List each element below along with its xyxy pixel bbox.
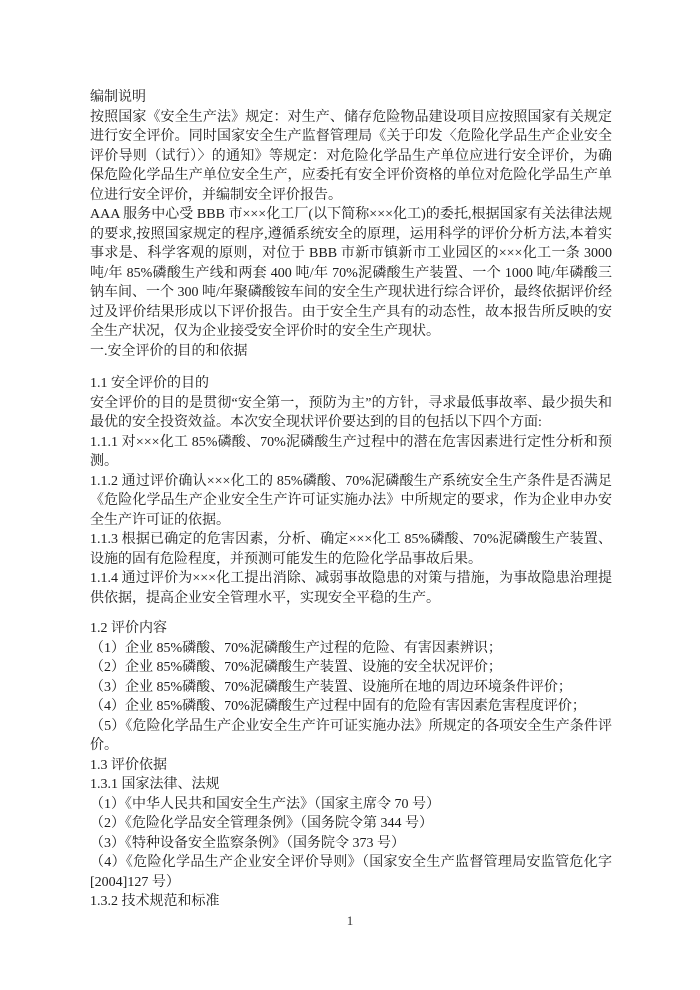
intro-paragraph-1: 按照国家《安全生产法》规定：对生产、储存危险物品建设项目应按照国家有关规定进行安… — [90, 108, 612, 206]
list-item: （4）《危险化学品生产企业安全评价导则》（国家安全生产监督管理局安监管危化字[2… — [90, 853, 612, 892]
document-page: 编制说明 按照国家《安全生产法》规定：对生产、储存危险物品建设项目应按照国家有关… — [0, 0, 700, 990]
section-1-3-2-title: 1.3.2 技术规范和标准 — [90, 892, 612, 912]
list-item: （3）企业 85%磷酸、70%泥磷酸生产装置、设施所在地的周边环境条件评价； — [90, 678, 612, 698]
list-item: （4）企业 85%磷酸、70%泥磷酸生产过程中固有的危险有害因素危害程度评价； — [90, 697, 612, 717]
section-1-1-1-item: 1.1.1 对×××化工 85%磷酸、70%泥磷酸生产过程中的潜在危害因素进行定… — [90, 433, 612, 472]
list-item: （3）《特种设备安全监察条例》（国务院令 373 号） — [90, 834, 612, 854]
list-item: （5）《危险化学品生产企业安全生产许可证实施办法》所规定的各项安全生产条件评价。 — [90, 717, 612, 756]
list-item: （1）企业 85%磷酸、70%泥磷酸生产过程的危险、有害因素辨识； — [90, 639, 612, 659]
section-1-1-block: 1.1 安全评价的目的 安全评价的目的是贯彻“安全第一，预防为主”的方针，寻求最… — [90, 374, 612, 608]
section-1-3-title: 1.3 评价依据 — [90, 756, 612, 776]
section-1-2-title: 1.2 评价内容 — [90, 619, 612, 639]
section-1-2-block: 1.2 评价内容 （1）企业 85%磷酸、70%泥磷酸生产过程的危险、有害因素辨… — [90, 619, 612, 756]
section-1-heading: 一.安全评价的目的和依据 — [90, 342, 612, 362]
section-1-1-title: 1.1 安全评价的目的 — [90, 374, 612, 394]
intro-title: 编制说明 — [90, 88, 612, 108]
intro-paragraph-2: AAA 服务中心受 BBB 市×××化工厂(以下简称×××化工)的委托,根据国家… — [90, 205, 612, 342]
document-content: 编制说明 按照国家《安全生产法》规定：对生产、储存危险物品建设项目应按照国家有关… — [0, 0, 700, 912]
section-1-1-4-item: 1.1.4 通过评价为×××化工提出消除、减弱事故隐患的对策与措施，为事故隐患治… — [90, 569, 612, 608]
intro-block: 编制说明 按照国家《安全生产法》规定：对生产、储存危险物品建设项目应按照国家有关… — [90, 88, 612, 342]
section-1-1-2-item: 1.1.2 通过评价确认×××化工的 85%磷酸、70%泥磷酸生产系统安全生产条… — [90, 472, 612, 531]
list-item: （2）《危险化学品安全管理条例》（国务院令第 344 号） — [90, 814, 612, 834]
section-1-1-3-item: 1.1.3 根据已确定的危害因素，分析、确定×××化工 85%磷酸、70%泥磷酸… — [90, 530, 612, 569]
page-number: 1 — [0, 913, 700, 929]
section-1-1-intro: 安全评价的目的是贯彻“安全第一，预防为主”的方针，寻求最低事故率、最少损失和最优… — [90, 394, 612, 433]
section-1-3-block: 1.3 评价依据 1.3.1 国家法律、法规 （1）《中华人民共和国安全生产法》… — [90, 756, 612, 912]
section-1-3-1-title: 1.3.1 国家法律、法规 — [90, 775, 612, 795]
list-item: （2）企业 85%磷酸、70%泥磷酸生产装置、设施的安全状况评价； — [90, 658, 612, 678]
list-item: （1）《中华人民共和国安全生产法》（国家主席令 70 号） — [90, 795, 612, 815]
